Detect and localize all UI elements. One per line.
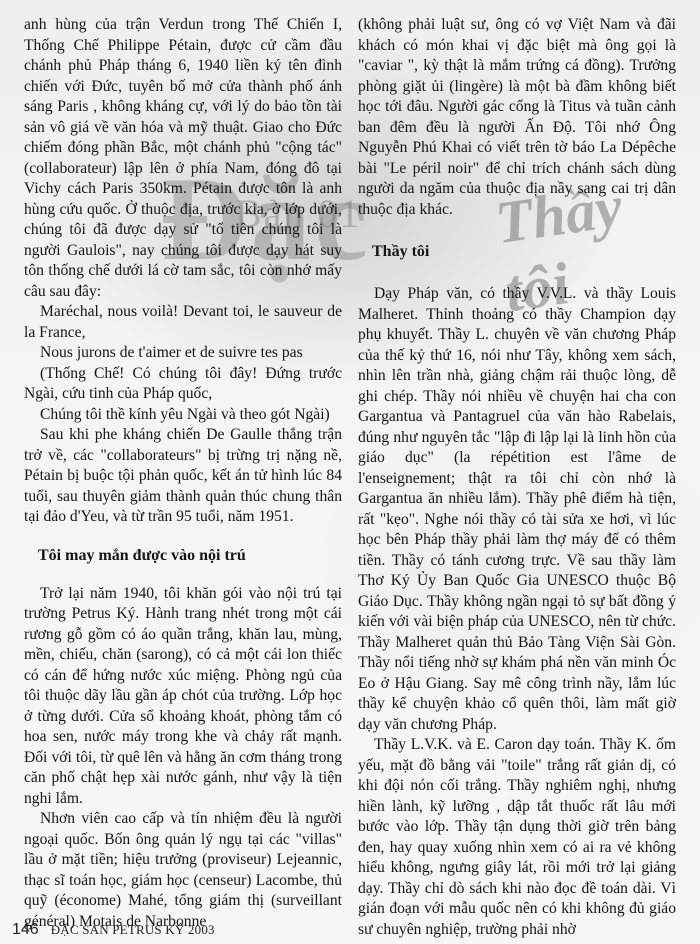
page-footer: 146 ĐẶC SAN PETRUS KÝ 2003 [12, 921, 215, 939]
paragraph: Thầy L.V.K. và E. Caron dạy toán. Thầy K… [358, 735, 676, 940]
right-column: (không phải luật sư, ông có vợ Việt Nam … [358, 15, 676, 940]
page-number: 146 [12, 921, 39, 939]
publication-title: ĐẶC SAN PETRUS KÝ 2003 [51, 922, 215, 938]
paragraph: Sau khi phe kháng chiến De Gaulle thắng … [24, 425, 342, 528]
verse-line: Nous jurons de t'aimer et de suivre tes … [24, 343, 342, 364]
paragraph: (không phải luật sư, ông có vợ Việt Nam … [358, 15, 676, 220]
paragraph: Dạy Pháp văn, có thầy V.V.L. và thầy Lou… [358, 284, 676, 735]
paragraph: Trở lại năm 1940, tôi khăn gói vào nội t… [24, 584, 342, 810]
paragraph: anh hùng của trận Verdun trong Thế Chiến… [24, 15, 342, 302]
verse-translation: Chúng tôi thề kính yêu Ngài và theo gót … [24, 405, 342, 426]
left-column: anh hùng của trận Verdun trong Thế Chiến… [24, 15, 342, 932]
section-heading: Tôi may mắn được vào nội trú [38, 546, 342, 566]
verse-line: Maréchal, nous voilà! Devant toi, le sau… [24, 302, 342, 343]
verse-translation: (Thống Chế! Có chúng tôi đây! Đứng trước… [24, 364, 342, 405]
section-heading: Thầy tôi [372, 242, 676, 262]
paragraph: Nhơn viên cao cấp và tín nhiệm đều là ng… [24, 809, 342, 932]
